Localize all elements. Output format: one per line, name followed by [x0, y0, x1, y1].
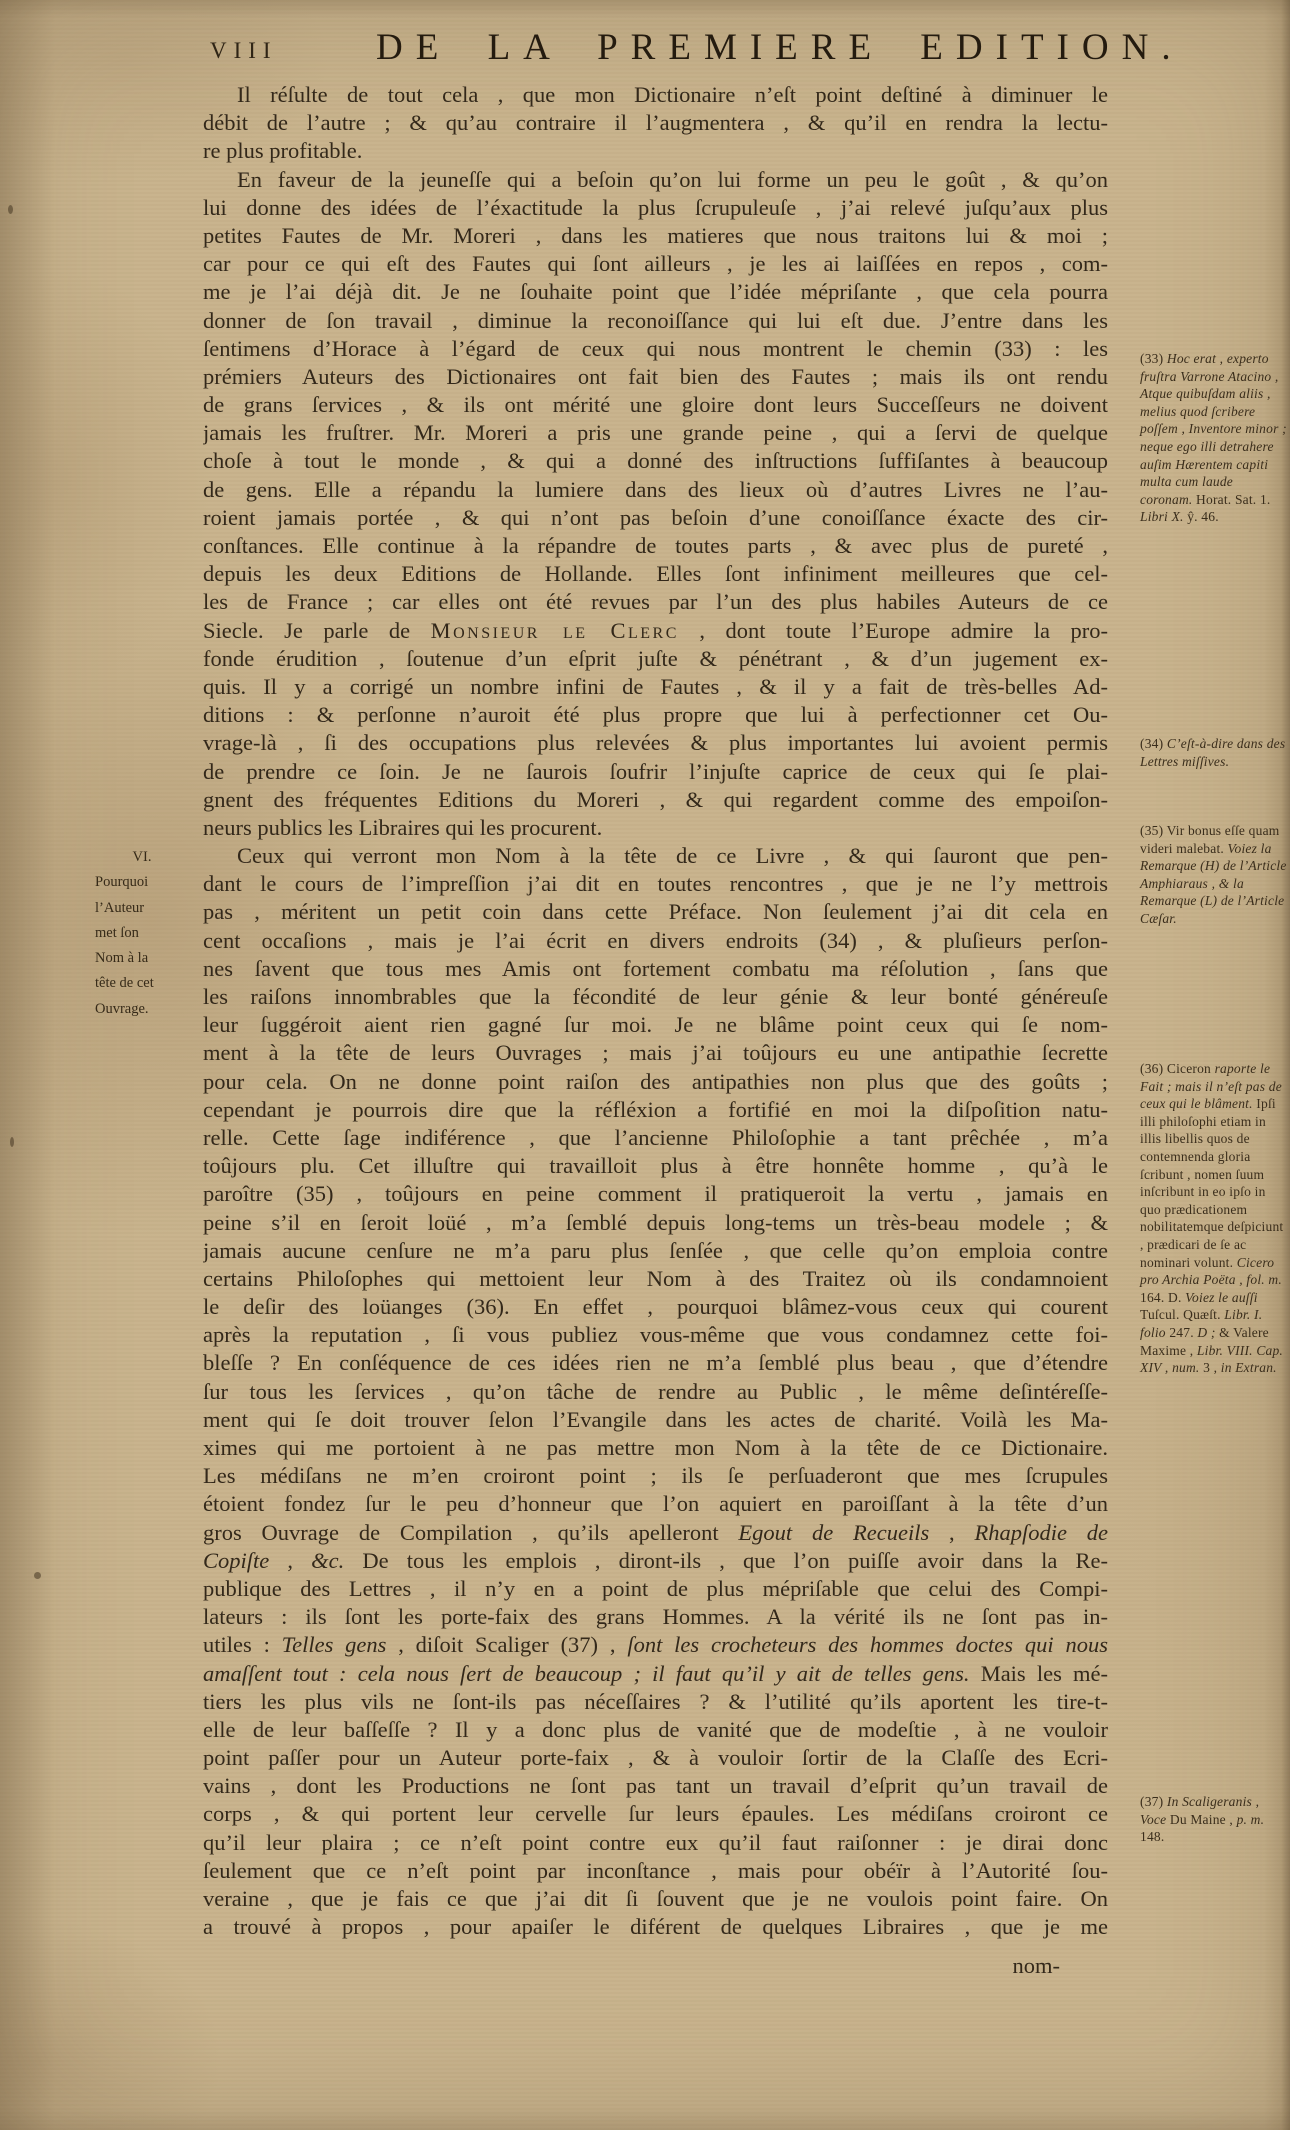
- body-line: qu’il leur plaira ; ce n’eſt point contr…: [203, 1829, 1108, 1857]
- catchword: nom-: [1013, 1953, 1061, 1978]
- body-line: peine s’il en ſeroit loüé , m’a ſemblé d…: [203, 1209, 1108, 1237]
- body-line: leur ſuggéroit aient rien gagné ſur moi.…: [203, 1011, 1108, 1039]
- body-line: prémiers Auteurs des Dictionaires ont fa…: [203, 363, 1108, 391]
- body-line: lui donne des idées de l’éxactitude la p…: [203, 194, 1108, 222]
- body-line: ſeulement que ce n’eſt point par inconſt…: [203, 1857, 1108, 1885]
- paper-speck: [8, 205, 13, 214]
- body-line: vrage-là , ſi des occupations plus relev…: [203, 729, 1108, 757]
- body-line: relle. Cette ſage indiférence , que l’an…: [203, 1124, 1108, 1152]
- body-line: utiles : Telles gens , diſoit Scaliger (…: [203, 1631, 1108, 1659]
- body-text: Il réſulte de tout cela , que mon Dictio…: [203, 81, 1108, 1941]
- left-margin-note: VI.Pourquoil’Auteurmet ſonNom à latête d…: [95, 845, 189, 1022]
- body-line: ment qui ſe doit trouver ſelon l’Evangil…: [203, 1406, 1108, 1434]
- left-note-line: VI.: [95, 845, 189, 870]
- body-line: le deſir des loüanges (36). En effet , p…: [203, 1293, 1108, 1321]
- body-line: corps , & qui portent leur cervelle ſur …: [203, 1800, 1108, 1828]
- body-line: neurs publics les Libraires qui les proc…: [203, 814, 1108, 842]
- left-note-line: Pourquoi: [95, 870, 189, 895]
- body-line: choſe à tout le monde , & qui a donné de…: [203, 447, 1108, 475]
- body-line: cent occaſions , mais je l’ai écrit en d…: [203, 927, 1108, 955]
- body-line: pour cela. On ne donne point raiſon des …: [203, 1068, 1108, 1096]
- paper-speck: [10, 1137, 14, 1147]
- body-line: les raiſons innombrables que la fécondit…: [203, 983, 1108, 1011]
- body-line: jamais aucune cenſure ne m’a paru plus ſ…: [203, 1237, 1108, 1265]
- margin-note-35: (35) Vir bonus eſſe quam videri malebat.…: [1140, 822, 1288, 928]
- margin-note-37: (37) In Scaligeranis , Voce Du Maine , p…: [1140, 1793, 1288, 1846]
- margin-note-36: (36) Ciceron raporte le Fait ; mais il n…: [1140, 1060, 1288, 1377]
- body-line: pas , méritent un petit coin dans cette …: [203, 898, 1108, 926]
- body-line: conſtances. Elle continue à la répandre …: [203, 532, 1108, 560]
- body-line: bleſſe ? En conſéquence de ces idées rie…: [203, 1349, 1108, 1377]
- body-line: cependant je pourrois dire que la réfléx…: [203, 1096, 1108, 1124]
- body-line: fonde érudition , ſoutenue d’un eſprit j…: [203, 645, 1108, 673]
- body-line: quis. Il y a corrigé un nombre infini de…: [203, 673, 1108, 701]
- body-line: Les médiſans ne m’en croiront point ; il…: [203, 1462, 1108, 1490]
- body-line: amaſſent tout : cela nous ſert de beauco…: [203, 1660, 1108, 1688]
- body-line: me je l’ai déjà dit. Je ne ſouhaite poin…: [203, 278, 1108, 306]
- body-line: étoient fondez ſur le peu d’honneur que …: [203, 1490, 1108, 1518]
- body-line: ment à la tête de leurs Ouvrages ; mais …: [203, 1039, 1108, 1067]
- body-line: ximes qui me portoient à ne pas mettre m…: [203, 1434, 1108, 1462]
- running-title: DE LA PREMIERE EDITION.: [376, 26, 1184, 69]
- body-line: ditions : & perſonne n’auroit été plus p…: [203, 701, 1108, 729]
- body-line: lateurs : ils ſont les porte-faix des gr…: [203, 1603, 1108, 1631]
- page-number: VIII: [210, 38, 278, 64]
- body-line: de gens. Elle a répandu la lumiere dans …: [203, 476, 1108, 504]
- left-note-line: Nom à la: [95, 946, 189, 971]
- body-line: Ceux qui verront mon Nom à la tête de ce…: [203, 842, 1108, 870]
- body-line: veraine , que je fais ce que j’ai dit ſi…: [203, 1885, 1108, 1913]
- body-line: débit de l’autre ; & qu’au contraire il …: [203, 109, 1108, 137]
- body-line: de prendre ce ſoin. Je ne ſaurois ſoufri…: [203, 758, 1108, 786]
- body-line: Copiſte , &c. De tous les emplois , diro…: [203, 1547, 1108, 1575]
- body-line: toûjours plu. Cet illuſtre qui travaillo…: [203, 1152, 1108, 1180]
- body-line: les de France ; car elles ont été revues…: [203, 588, 1108, 616]
- body-line: Siecle. Je parle de Monsieur le Clerc , …: [203, 617, 1108, 645]
- left-note-line: met ſon: [95, 921, 189, 946]
- body-line: En faveur de la jeuneſſe qui a beſoin qu…: [203, 166, 1108, 194]
- body-line: après la reputation , ſi vous publiez vo…: [203, 1321, 1108, 1349]
- body-line: a trouvé à propos , pour apaiſer le difé…: [203, 1913, 1108, 1941]
- body-line: vains , dont les Productions ne ſont pas…: [203, 1772, 1108, 1800]
- body-line: depuis les deux Editions de Hollande. El…: [203, 560, 1108, 588]
- margin-note-33: (33) Hoc erat , experto fruſtra Varrone …: [1140, 350, 1288, 526]
- body-line: nes ſavent que tous mes Amis ont forteme…: [203, 955, 1108, 983]
- body-line: dant le cours de l’impreſſion j’ai dit e…: [203, 870, 1108, 898]
- margin-notes: (33) Hoc erat , experto fruſtra Varrone …: [1140, 0, 1290, 2130]
- body-line: gros Ouvrage de Compilation , qu’ils ape…: [203, 1519, 1108, 1547]
- catchword-row: nom-: [203, 1952, 1108, 1980]
- body-line: paroître (35) , toûjours en peine commen…: [203, 1180, 1108, 1208]
- body-line: ſentimens d’Horace à l’égard de ceux qui…: [203, 335, 1108, 363]
- body-line: gnent des fréquentes Editions du Moreri …: [203, 786, 1108, 814]
- margin-note-34: (34) C’eſt-à-dire dans des Lettres miſſi…: [1140, 735, 1288, 770]
- body-line: donner de ſon travail , diminue la recon…: [203, 307, 1108, 335]
- body-line: tiers les plus vils ne ſont-ils pas néce…: [203, 1688, 1108, 1716]
- body-line: certains Philoſophes qui mettoient leur …: [203, 1265, 1108, 1293]
- body-line: elle de leur baſſeſſe ? Il y a donc plus…: [203, 1716, 1108, 1744]
- left-note-line: tête de cet: [95, 971, 189, 996]
- body-line: publique des Lettres , il n’y en a point…: [203, 1575, 1108, 1603]
- body-line: jamais les fruſtrer. Mr. Moreri a pris u…: [203, 419, 1108, 447]
- paper-speck: [34, 1572, 41, 1579]
- body-line: re plus profitable.: [203, 137, 1108, 165]
- body-line: roient jamais portée , & qui n’ont pas b…: [203, 504, 1108, 532]
- body-line: ſur tous les ſervices , qu’on tâche de r…: [203, 1378, 1108, 1406]
- body-line: car pour ce qui eſt des Fautes qui ſont …: [203, 250, 1108, 278]
- left-note-line: l’Auteur: [95, 896, 189, 921]
- left-note-line: Ouvrage.: [95, 997, 189, 1022]
- book-page: VIII DE LA PREMIERE EDITION. VI.Pourquoi…: [0, 0, 1290, 2130]
- body-line: point paſſer pour un Auteur porte-faix ,…: [203, 1744, 1108, 1772]
- body-line: de grans ſervices , & ils ont mérité une…: [203, 391, 1108, 419]
- body-line: Il réſulte de tout cela , que mon Dictio…: [203, 81, 1108, 109]
- body-line: petites Fautes de Mr. Moreri , dans les …: [203, 222, 1108, 250]
